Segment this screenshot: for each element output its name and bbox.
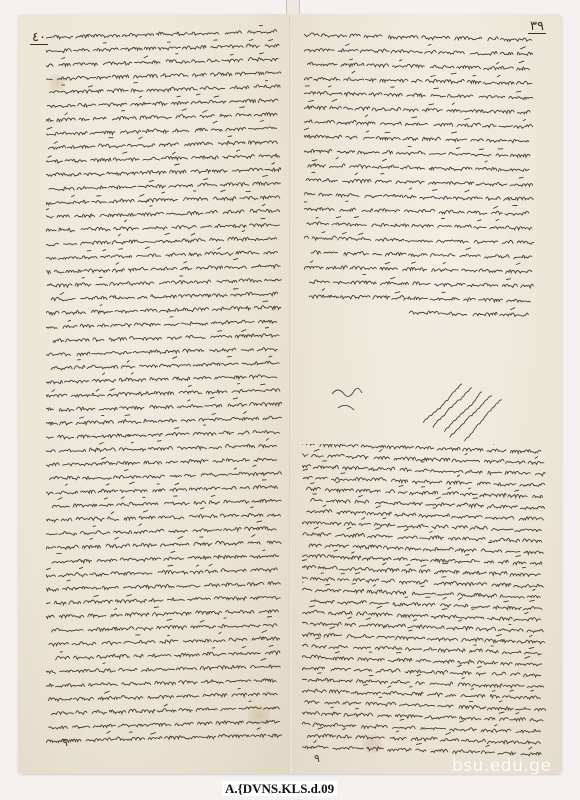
- right-page-lower-handwriting: [302, 444, 546, 768]
- left-bottom-mark: ٩: [62, 736, 68, 749]
- right-page-marginal-note: [312, 374, 542, 454]
- archive-reference-label: A.{DVNS.KLS.d.09: [222, 781, 337, 796]
- right-page: ٣٩ ٩: [292, 14, 562, 774]
- left-page: ٤٠ ٩: [18, 14, 290, 774]
- right-bottom-mark: ٩: [314, 752, 320, 765]
- left-page-handwriting: [46, 24, 282, 752]
- watermark: bsu.edu.ge: [452, 756, 552, 776]
- manuscript-spread: ٤٠ ٩ ٣٩ ٩: [18, 14, 562, 774]
- right-page-upper-handwriting: [304, 32, 534, 332]
